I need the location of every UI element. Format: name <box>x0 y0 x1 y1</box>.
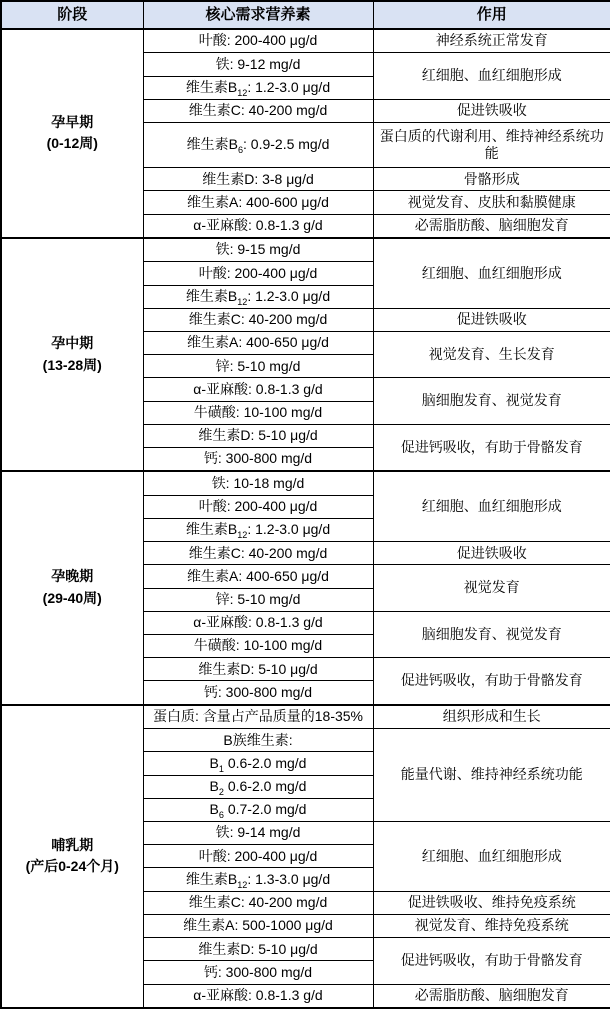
effect-cell: 促进钙吸收，有助于骨骼发育 <box>373 938 610 984</box>
nutrient-cell: 维生素D: 3-8 μg/d <box>143 168 373 191</box>
table-row: 哺乳期(产后0-24个月)蛋白质: 含量占产品质量的18-35%组织形成和生长 <box>1 705 610 729</box>
table-row: 孕中期(13-28周)铁: 9-15 mg/d红细胞、血红细胞形成 <box>1 238 610 262</box>
nutrient-cell: 铁: 9-15 mg/d <box>143 238 373 262</box>
effect-cell: 视觉发育、皮肤和黏膜健康 <box>373 191 610 214</box>
nutrient-cell: 维生素B12: 1.3-3.0 μg/d <box>143 868 373 891</box>
header-row: 阶段 核心需求营养素 作用 <box>1 1 610 29</box>
nutrient-cell: 叶酸: 200-400 μg/d <box>143 845 373 868</box>
stage-period: (13-28周) <box>4 355 141 377</box>
nutrient-cell: α-亚麻酸: 0.8-1.3 g/d <box>143 611 373 634</box>
column-header-nutrient: 核心需求营养素 <box>143 1 373 29</box>
stage-cell: 孕早期(0-12周) <box>1 29 143 238</box>
effect-cell: 能量代谢、维持神经系统功能 <box>373 729 610 822</box>
nutrient-cell: 维生素C: 40-200 mg/d <box>143 99 373 122</box>
stage-period: (产后0-24个月) <box>4 856 141 878</box>
effect-cell: 必需脂肪酸、脑细胞发育 <box>373 984 610 1008</box>
nutrient-cell: 维生素C: 40-200 mg/d <box>143 308 373 331</box>
effect-cell: 红细胞、血红细胞形成 <box>373 471 610 541</box>
nutrient-cell: B6 0.7-2.0 mg/d <box>143 798 373 821</box>
nutrient-cell: 叶酸: 200-400 μg/d <box>143 29 373 53</box>
effect-cell: 必需脂肪酸、脑细胞发育 <box>373 214 610 238</box>
effect-cell: 促进钙吸收，有助于骨骼发育 <box>373 658 610 705</box>
nutrient-cell: 维生素D: 5-10 μg/d <box>143 424 373 447</box>
effect-cell: 红细胞、血红细胞形成 <box>373 822 610 892</box>
effect-cell: 促进铁吸收 <box>373 99 610 122</box>
nutrient-cell: 锌: 5-10 mg/d <box>143 355 373 378</box>
nutrient-cell: α-亚麻酸: 0.8-1.3 g/d <box>143 214 373 238</box>
effect-cell: 红细胞、血红细胞形成 <box>373 53 610 99</box>
effect-cell: 组织形成和生长 <box>373 705 610 729</box>
nutrient-cell: 维生素A: 400-650 μg/d <box>143 565 373 588</box>
nutrient-cell: 维生素C: 40-200 mg/d <box>143 542 373 565</box>
nutrient-cell: 牛磺酸: 10-100 mg/d <box>143 401 373 424</box>
table-header: 阶段 核心需求营养素 作用 <box>1 1 610 29</box>
effect-cell: 蛋白质的代谢利用、维持神经系统功能 <box>373 123 610 168</box>
effect-cell: 促进钙吸收，有助于骨骼发育 <box>373 424 610 471</box>
effect-cell: 骨骼形成 <box>373 168 610 191</box>
effect-cell: 神经系统正常发育 <box>373 29 610 53</box>
stage-cell: 哺乳期(产后0-24个月) <box>1 705 143 1008</box>
column-header-effect: 作用 <box>373 1 610 29</box>
effect-cell: 促进铁吸收 <box>373 308 610 331</box>
nutrient-cell: 钙: 300-800 mg/d <box>143 448 373 472</box>
nutrient-cell: 维生素A: 500-1000 μg/d <box>143 914 373 937</box>
nutrient-cell: 铁: 10-18 mg/d <box>143 471 373 495</box>
effect-cell: 促进铁吸收、维持免疫系统 <box>373 891 610 914</box>
nutrition-table: 阶段 核心需求营养素 作用 孕早期(0-12周)叶酸: 200-400 μg/d… <box>0 0 610 1009</box>
nutrient-cell: 叶酸: 200-400 μg/d <box>143 262 373 285</box>
nutrient-cell: 维生素A: 400-600 μg/d <box>143 191 373 214</box>
nutrient-cell: α-亚麻酸: 0.8-1.3 g/d <box>143 378 373 401</box>
nutrient-cell: 牛磺酸: 10-100 mg/d <box>143 635 373 658</box>
nutrient-cell: 铁: 9-14 mg/d <box>143 822 373 845</box>
nutrient-cell: B族维生素: <box>143 729 373 752</box>
stage-name: 哺乳期 <box>4 835 141 857</box>
effect-cell: 促进铁吸收 <box>373 542 610 565</box>
nutrient-cell: 维生素B6: 0.9-2.5 mg/d <box>143 123 373 168</box>
nutrient-cell: 铁: 9-12 mg/d <box>143 53 373 76</box>
nutrient-cell: 维生素B12: 1.2-3.0 μg/d <box>143 76 373 99</box>
column-header-stage: 阶段 <box>1 1 143 29</box>
effect-cell: 红细胞、血红细胞形成 <box>373 238 610 308</box>
effect-cell: 视觉发育、维持免疫系统 <box>373 914 610 937</box>
effect-cell: 脑细胞发育、视觉发育 <box>373 378 610 424</box>
nutrient-cell: 蛋白质: 含量占产品质量的18-35% <box>143 705 373 729</box>
effect-cell: 脑细胞发育、视觉发育 <box>373 611 610 657</box>
stage-name: 孕晚期 <box>4 566 141 588</box>
nutrient-cell: 锌: 5-10 mg/d <box>143 588 373 611</box>
table-row: 孕晚期(29-40周)铁: 10-18 mg/d红细胞、血红细胞形成 <box>1 471 610 495</box>
stage-period: (29-40周) <box>4 588 141 610</box>
stage-name: 孕中期 <box>4 333 141 355</box>
nutrient-cell: 钙: 300-800 mg/d <box>143 961 373 984</box>
effect-cell: 视觉发育、生长发育 <box>373 331 610 377</box>
nutrient-cell: α-亚麻酸: 0.8-1.3 g/d <box>143 984 373 1008</box>
nutrient-cell: 维生素A: 400-650 μg/d <box>143 331 373 354</box>
table-body: 孕早期(0-12周)叶酸: 200-400 μg/d神经系统正常发育铁: 9-1… <box>1 29 610 1008</box>
nutrient-cell: B2 0.6-2.0 mg/d <box>143 775 373 798</box>
nutrient-cell: 叶酸: 200-400 μg/d <box>143 495 373 518</box>
nutrient-cell: 维生素D: 5-10 μg/d <box>143 658 373 681</box>
effect-cell: 视觉发育 <box>373 565 610 611</box>
stage-cell: 孕中期(13-28周) <box>1 238 143 471</box>
nutrient-cell: 维生素B12: 1.2-3.0 μg/d <box>143 518 373 541</box>
nutrient-cell: 钙: 300-800 mg/d <box>143 681 373 705</box>
nutrient-cell: 维生素C: 40-200 mg/d <box>143 891 373 914</box>
stage-name: 孕早期 <box>4 112 141 134</box>
nutrient-cell: 维生素B12: 1.2-3.0 μg/d <box>143 285 373 308</box>
nutrient-cell: B1 0.6-2.0 mg/d <box>143 752 373 775</box>
stage-period: (0-12周) <box>4 133 141 155</box>
stage-cell: 孕晚期(29-40周) <box>1 471 143 704</box>
table-row: 孕早期(0-12周)叶酸: 200-400 μg/d神经系统正常发育 <box>1 29 610 53</box>
nutrient-cell: 维生素D: 5-10 μg/d <box>143 938 373 961</box>
